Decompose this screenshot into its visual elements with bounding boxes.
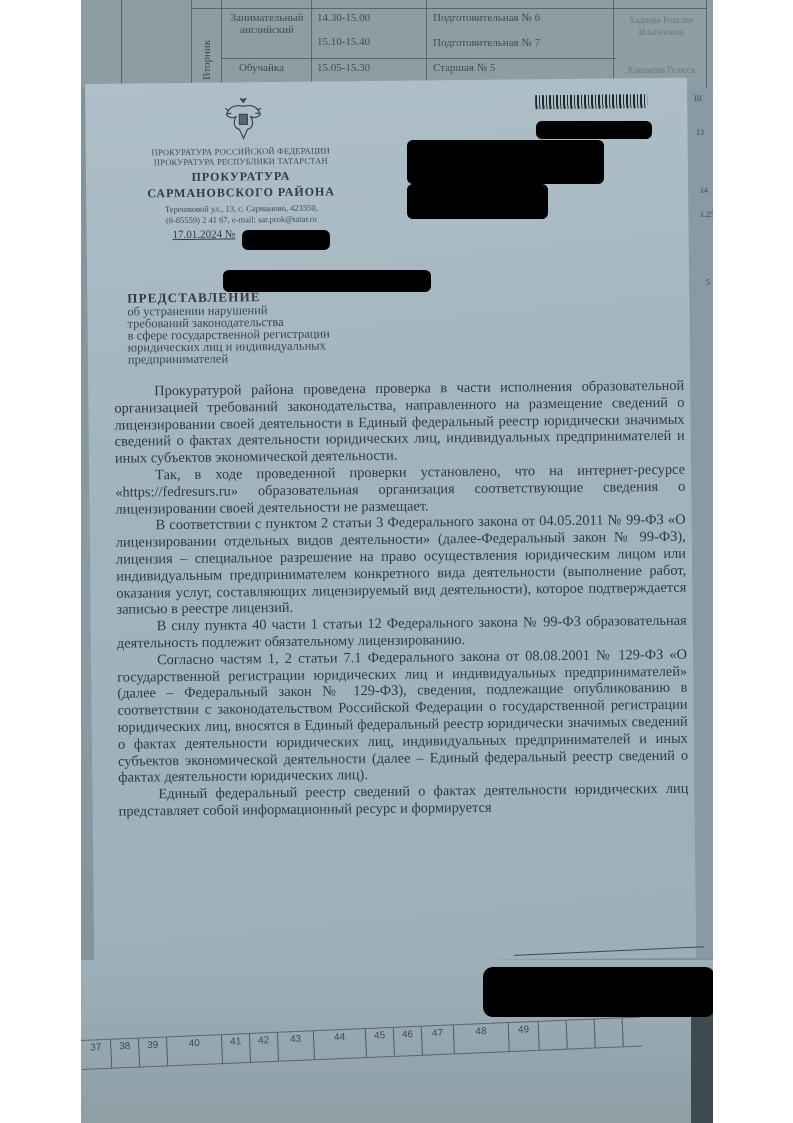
body-paragraph: В соответствии с пунктом 2 статьи 3 Феде…	[116, 512, 687, 619]
coat-of-arms-icon	[223, 96, 263, 140]
redaction-recipient-name	[407, 140, 604, 184]
schedule-teacher: Хадиева Розалия Ильгизовна	[626, 14, 696, 38]
redaction-recipient-address	[407, 184, 548, 219]
side-mark: 13	[696, 128, 704, 137]
schedule-activity: Занимательный английский	[227, 12, 307, 36]
side-mark: 5	[706, 278, 710, 287]
redaction-barcode-number	[536, 121, 652, 139]
column-number: 46	[394, 1027, 423, 1056]
column-number: 39	[139, 1037, 168, 1066]
column-number: 38	[111, 1039, 140, 1068]
document-title-block: ПРЕДСТАВЛЕНИЕ об устранении нарушений тр…	[127, 289, 330, 365]
column-number: 48	[454, 1023, 510, 1053]
org-name-line-2: САРМАНОВСКОГО РАЙОНА	[126, 184, 356, 201]
schedule-group: Старшая № 5	[433, 62, 495, 74]
document-date-number: 17.01.2024 №	[173, 228, 236, 241]
letterhead-line-2: ПРОКУРАТУРА РЕСПУБЛИКИ ТАТАРСТАН	[126, 155, 356, 167]
column-number: 37	[81, 1040, 112, 1069]
footer-rule	[514, 946, 704, 956]
redaction-reference-line	[223, 270, 431, 292]
column-number: 44	[314, 1029, 367, 1059]
body-paragraph: Так, в ходе проведенной проверки установ…	[115, 462, 685, 518]
schedule-group: Подготовительная № 7	[433, 37, 540, 49]
side-mark: 14	[700, 186, 708, 195]
barcode-icon	[535, 94, 647, 109]
body-paragraph: Согласно частям 1, 2 статьи 7.1 Федераль…	[117, 646, 688, 786]
subtitle-line: предпринимателей	[128, 351, 330, 365]
schedule-group: Подготовительная № 6	[433, 12, 540, 24]
org-contacts: (8-85559) 2 41 67, e-mail: sar.prok@tata…	[126, 213, 356, 226]
redaction-document-number	[242, 230, 330, 250]
background-schedule-table: Вторник Занимательный английский 14.30-1…	[81, 0, 713, 88]
body-paragraph: Единый федеральный реестр сведений о фак…	[118, 781, 688, 821]
schedule-activity: Обучайка	[239, 62, 284, 74]
column-number: 42	[250, 1033, 279, 1062]
document-photo: Вторник Занимательный английский 14.30-1…	[81, 0, 713, 1123]
column-number: 49	[509, 1022, 540, 1051]
body-paragraph: Прокуратурой района проведена проверка в…	[114, 378, 685, 468]
document-body: Прокуратурой района проведена проверка в…	[114, 378, 689, 821]
schedule-teacher: Хакимова Гелюся	[626, 64, 696, 76]
column-number: 47	[422, 1025, 455, 1054]
shadow-edge	[691, 1010, 713, 1123]
weekday-label: Вторник	[201, 40, 213, 80]
column-number: 41	[222, 1034, 251, 1063]
side-mark: 1.25	[700, 210, 713, 219]
column-number: 43	[278, 1031, 315, 1060]
org-name-line-1: ПРОКУРАТУРА	[126, 168, 356, 185]
side-mark: III	[694, 94, 702, 103]
schedule-time: 15.10-15.40	[317, 36, 370, 48]
column-number: 45	[366, 1028, 395, 1057]
schedule-time: 15.05-15.30	[317, 62, 370, 74]
column-number: 40	[167, 1035, 223, 1065]
letter-page: ПРОКУРАТУРА РОССИЙСКОЙ ФЕДЕРАЦИИ ПРОКУРА…	[85, 78, 696, 964]
redaction-footer-signature	[483, 967, 713, 1017]
schedule-time: 14.30-15.00	[317, 12, 370, 24]
